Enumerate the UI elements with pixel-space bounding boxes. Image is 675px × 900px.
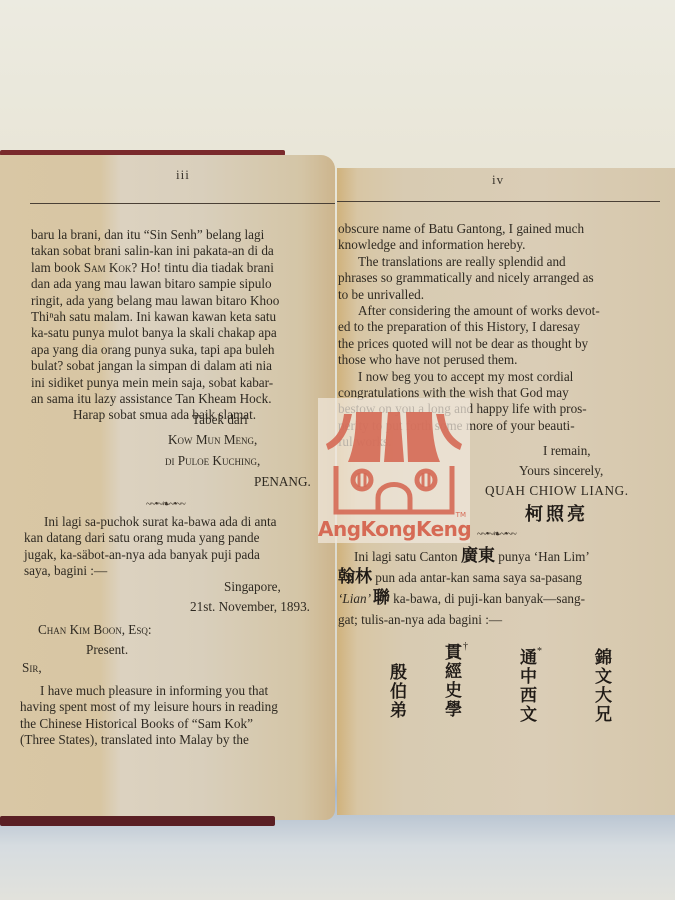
signoff-from: Tabek dari <box>192 412 248 428</box>
couplet-column-2: 通中西文 <box>517 648 535 724</box>
left-page: iii baru la brani, dan itu “Sin Senh” be… <box>0 155 335 820</box>
letter-present: Present. <box>86 642 128 658</box>
ornament-divider: ~~•~❧~•~~ <box>477 529 516 540</box>
header-rule <box>337 201 660 202</box>
signoff-chinese-name: 柯照亮 <box>525 505 588 525</box>
temple-roof-icon <box>318 400 470 518</box>
couplet-column-3: 貫經史學 <box>442 643 460 719</box>
signoff-place: di Puloe Kuching, <box>165 453 260 469</box>
left-paragraph-1: baru la brani, dan itu “Sin Senh” belang… <box>31 227 279 424</box>
signoff-sincerely: Yours sincerely, <box>519 463 603 479</box>
page-number-iii: iii <box>176 167 190 183</box>
watermark-logo: TM AngKongKeng <box>318 398 470 543</box>
couplet-column-4: 殷伯弟 <box>387 663 405 720</box>
couplet-column-1: 錦文大兄 <box>592 648 610 724</box>
signoff-remain: I remain, <box>543 443 591 459</box>
letter-salutation: Sir, <box>22 660 42 676</box>
page-number-iv: iv <box>492 172 504 188</box>
cjk-han-lim: 翰林 <box>338 567 372 587</box>
letter-date: 21st. November, 1893. <box>190 599 310 615</box>
intro-paragraph: Ini lagi sa-puchok surat ka-bawa ada di … <box>24 514 277 580</box>
dagger-mark: † <box>463 641 468 652</box>
cjk-lian: 聯 <box>373 588 390 608</box>
canton-paragraph: Ini lagi satu Canton 廣東 punya ‘Han Lim’ … <box>338 546 590 630</box>
watermark-brand: AngKongKeng <box>318 517 470 541</box>
letter-body: I have much pleasure in informing you th… <box>20 683 278 749</box>
signoff-name: Kow Mun Meng, <box>168 432 257 448</box>
letter-addressee: Chan Kim Boon, Esq: <box>38 622 152 638</box>
header-rule <box>30 203 335 204</box>
asterisk-mark: * <box>537 646 542 657</box>
ornament-divider: ~~•~❧~•~~ <box>146 499 185 510</box>
book-cover-edge-bottom <box>0 816 275 826</box>
letter-place: Singapore, <box>224 579 281 595</box>
cjk-canton: 廣東 <box>461 546 495 566</box>
signoff-name: QUAH CHIOW LIANG. <box>485 483 629 499</box>
signoff-city: PENANG. <box>254 474 311 490</box>
